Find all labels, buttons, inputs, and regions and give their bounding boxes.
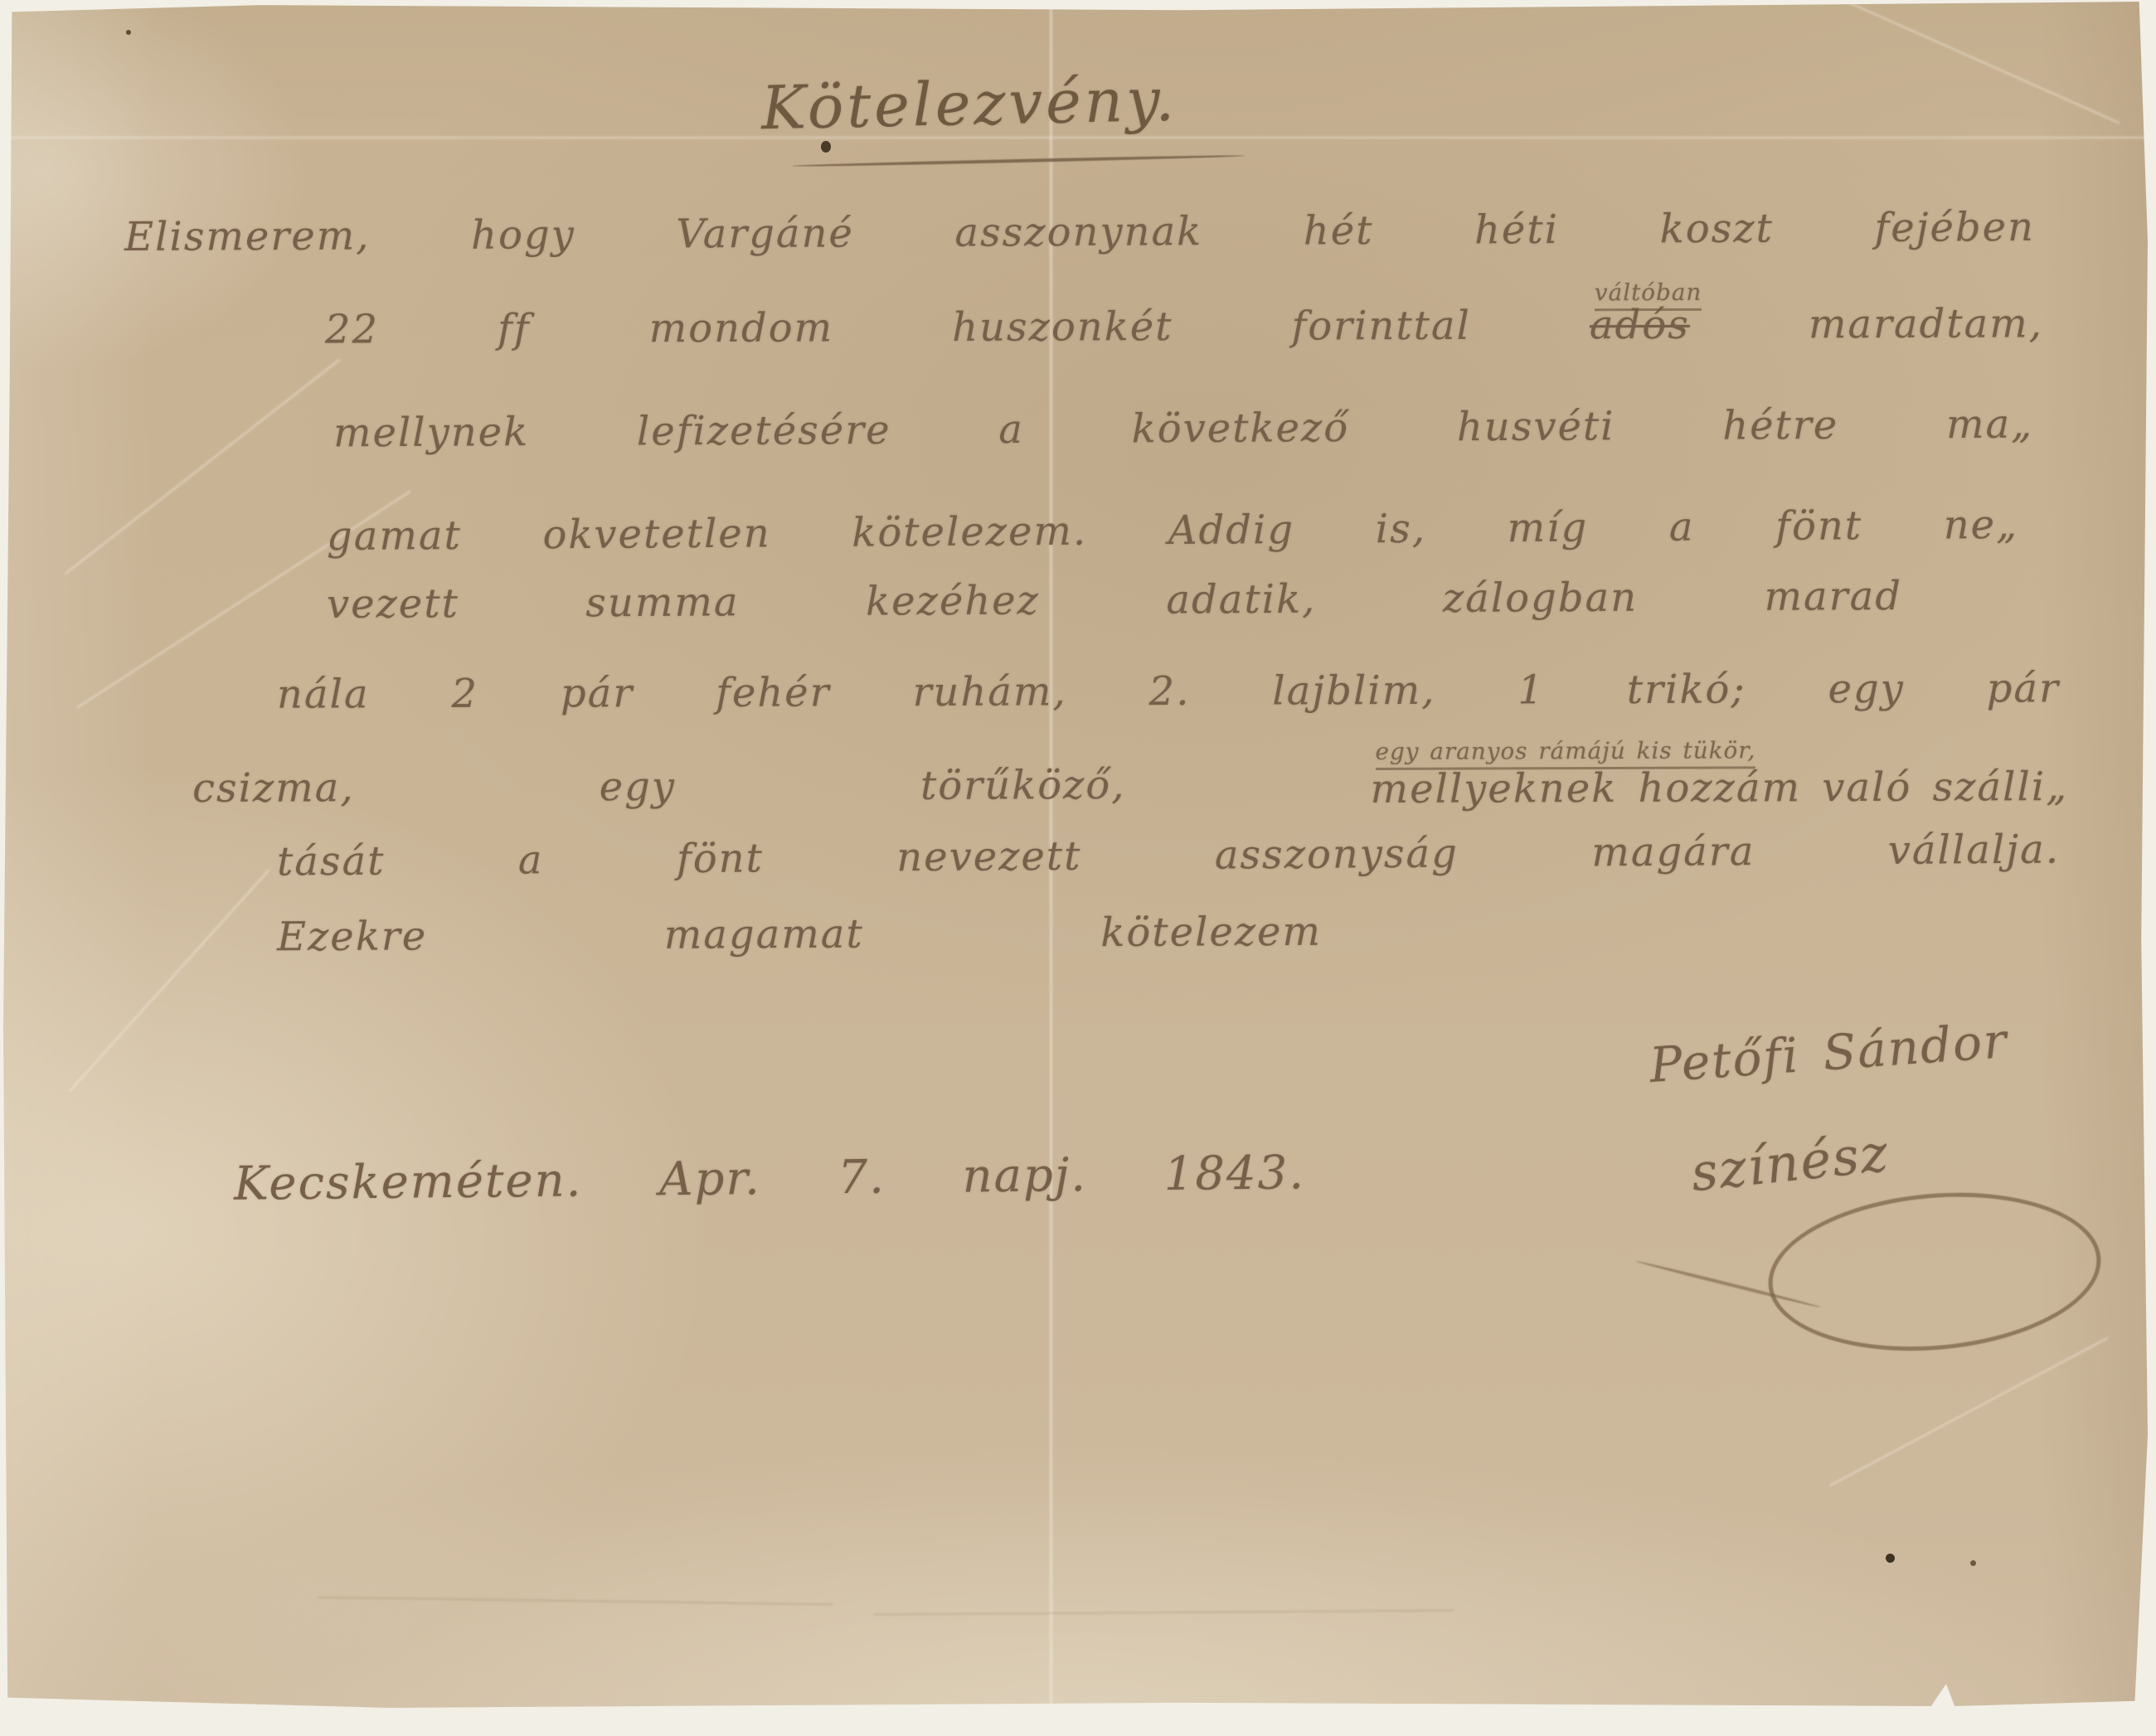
title-underline-flourish: [793, 154, 1245, 167]
body-line-7: csizma, egy törűköző, egy aranyos rámájú…: [192, 757, 2068, 813]
ink-speck: [1970, 1560, 1976, 1566]
signature-flourish-oval: [1762, 1180, 2108, 1364]
document-title: Kötelezvény.: [753, 62, 1186, 146]
body-line-4: gamat okvetetlen kötelezem. Addig is, mí…: [327, 500, 2018, 561]
body-line-8: tását a fönt nevezett asszonyság magára …: [277, 824, 2060, 886]
date-line: Kecskeméten. Apr. 7. napj. 1843.: [234, 1144, 1306, 1214]
ink-speck: [1886, 1554, 1895, 1563]
bottom-crease-shadow: [318, 1597, 833, 1606]
bottom-crease-shadow-2: [874, 1610, 1454, 1616]
body-line-5: vezett summa kezéhez adatik, zálogban ma…: [327, 571, 1902, 629]
signature-role: színész: [1688, 1121, 1892, 1205]
wrinkle-left-1: [65, 359, 340, 575]
body-line-9: Ezekre magamat kötelezem: [277, 907, 1322, 963]
wrinkle-bottom-right: [1829, 1337, 2108, 1486]
inserted-word-above-line: váltóban: [1595, 278, 1702, 311]
body-line-2: 22 ff mondom huszonkét forinttal váltóba…: [325, 298, 2043, 354]
body-line-1: Elismerem, hogy Vargáné asszonynak hét h…: [124, 202, 2035, 262]
scanned-document: Kötelezvény. Elismerem, hogy Vargáné ass…: [0, 0, 2156, 1736]
signature-name: Petőfi Sándor: [1648, 1011, 2010, 1096]
body-line-7-text: csizma, egy törűköző,: [192, 762, 1126, 812]
body-line-3: mellynek lefizetésére a következő husvét…: [333, 400, 2033, 458]
body-line-2-end: maradtam,: [1809, 300, 2043, 347]
ink-speck: [126, 30, 131, 35]
body-line-2-text: 22 ff mondom huszonkét forinttal: [325, 303, 1471, 353]
wrinkle-left-3: [69, 870, 269, 1093]
body-line-7-continuation: mellyeknek hozzám való szálli„: [1371, 764, 2069, 812]
insertion-valtoban: váltóbanadós: [1590, 300, 1690, 350]
wrinkle-top-right: [1801, 0, 2120, 124]
body-line-6: nála 2 pár fehér ruhám, 2. lajblim, 1 tr…: [277, 663, 2060, 720]
insertion-tukor: egy aranyos rámájú kis tükör,mellyeknek …: [1371, 757, 2069, 809]
paper-sheet: Kötelezvény. Elismerem, hogy Vargáné ass…: [3, 2, 2148, 1708]
